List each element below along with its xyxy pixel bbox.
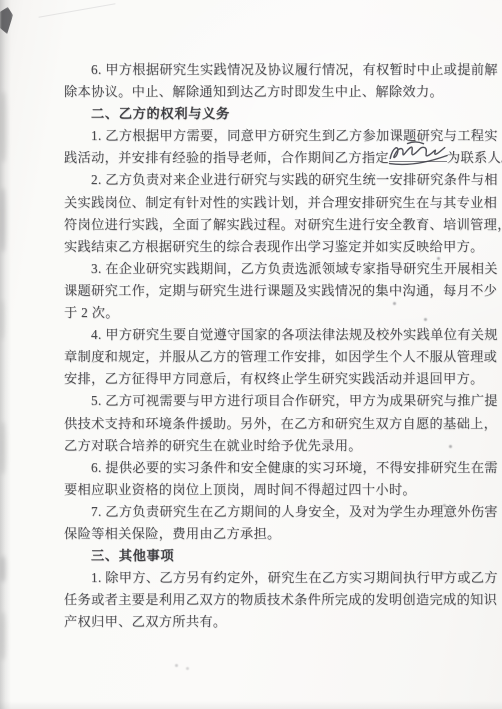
text-line: 除本协议。中止、解除通知到达乙方时即发生中止、解除效力。 — [64, 81, 462, 103]
text-line: 7. 乙方负责研究生在乙方期间的人身安全，及对为学生办理意外伤害 — [64, 501, 462, 523]
edge-smudge — [0, 300, 5, 340]
dust-speck — [175, 664, 178, 667]
text-line: 于 2 次。 — [64, 302, 462, 324]
edge-smudge — [0, 422, 6, 474]
edge-smudge — [0, 92, 7, 162]
text-line: 实践结束乙方根据研究生的综合表现作出学习鉴定并如实反映给甲方。 — [64, 236, 462, 258]
edge-smudge — [0, 612, 6, 660]
section-heading: 三、其他事项 — [64, 545, 462, 567]
text-line: 5. 乙方可视需要与甲方进行项目合作研究，甲方为成果研究与推广提 — [64, 390, 462, 412]
text-before-signature: 践活动，并安排有经验的指导老师，合作期间乙方指定 — [64, 150, 389, 165]
text-line: 符岗位进行实践，全面了解实践过程。对研究生进行安全教育、培训管理， — [64, 214, 462, 236]
text-line: 6. 提供必要的实习条件和安全健康的实习环境，不得安排研究生在需 — [64, 457, 462, 479]
agreement-text-block: 6. 甲方根据研究生实践情况及协议履行情况，有权暂时中止或提前解 除本协议。中止… — [64, 59, 462, 633]
signature-blank-underline — [389, 148, 447, 162]
text-line: 关实践岗位、制定有针对性的实践计划，并合理安排研究生在与其专业相 — [64, 192, 462, 214]
text-line: 1. 除甲方、乙方另有约定外，研究生在乙方实习期间执行甲方或乙方 — [64, 567, 462, 589]
text-line-with-signature: 践活动，并安排有经验的指导老师，合作期间乙方指定 为联系人。 — [64, 147, 462, 169]
text-after-signature: 为联系人。 — [447, 150, 502, 165]
text-line: 3. 在企业研究实践期间，乙方负责选派领域专家指导研究生开展相关 — [64, 258, 462, 280]
text-line: 课题研究工作，定期与研究生进行课题及实践情况的集中沟通，每月不少 — [64, 280, 462, 302]
section-heading: 二、乙方的权利与义务 — [64, 103, 462, 125]
text-line: 保险等相关保险，费用由乙方承担。 — [64, 523, 462, 545]
text-line: 产权归甲、乙双方所共有。 — [64, 611, 462, 633]
text-line: 4. 甲方研究生要自觉遵守国家的各项法律法规及校外实践单位有关规 — [64, 324, 462, 346]
scanned-document-page: 6. 甲方根据研究生实践情况及协议履行情况，有权暂时中止或提前解 除本协议。中止… — [0, 0, 502, 709]
paper-crease — [39, 3, 116, 18]
text-line: 要相应职业资格的岗位上顶岗，周时间不得超过四十小时。 — [64, 479, 462, 501]
text-line: 2. 乙方负责对来企业进行研究与实践的研究生统一安排研究条件与相 — [64, 169, 462, 191]
text-line: 乙方对联合培养的研究生在就业时给予优先录用。 — [64, 435, 462, 457]
bottom-scan-shadow — [0, 701, 502, 709]
text-line: 供技术支持和环境条件援助。另外，在乙方和研究生双方自愿的基础上， — [64, 413, 462, 435]
edge-smudge — [0, 188, 6, 252]
edge-smudge — [0, 556, 6, 582]
signature-scribble-icon — [385, 137, 450, 170]
text-line: 6. 甲方根据研究生实践情况及协议履行情况，有权暂时中止或提前解 — [64, 59, 462, 81]
text-line: 章制度和规定，并服从乙方的管理工作安排，如因学生个人不服从管理或 — [64, 346, 462, 368]
text-line: 安排，乙方征得甲方同意后，有权终止学生研究实践活动并退回甲方。 — [64, 368, 462, 390]
dust-speck — [186, 667, 189, 670]
text-line: 任务或者主要是利用乙双方的物质技术条件所完成的发明创造完成的知识 — [64, 589, 462, 611]
